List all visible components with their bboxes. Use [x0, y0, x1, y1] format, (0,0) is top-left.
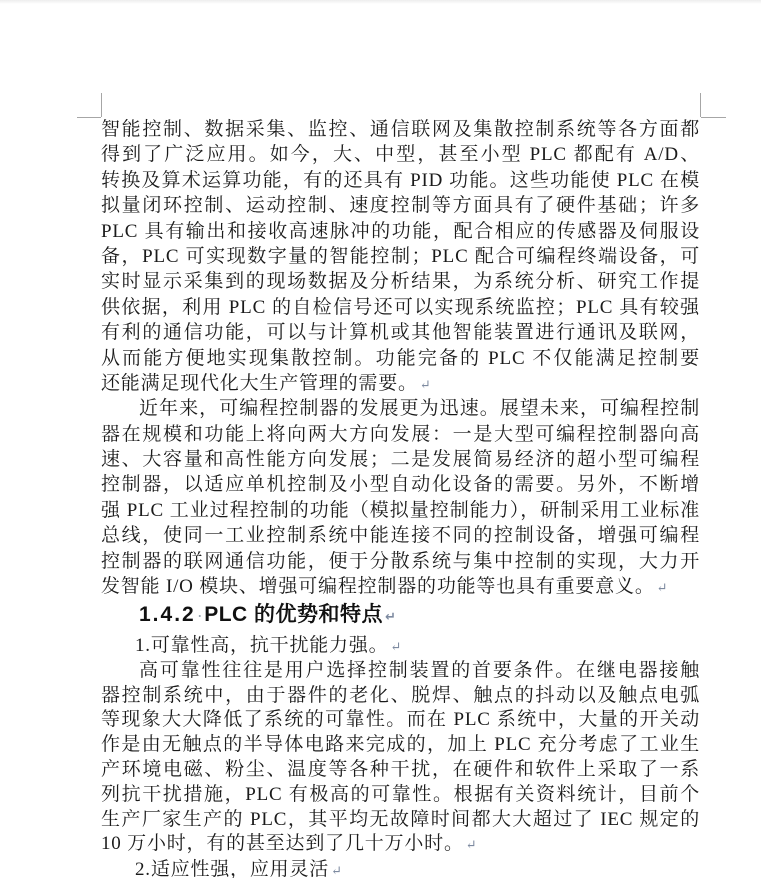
text-line: 发智能 I/O 模块、增强可编程控制器的功能等也具有重要意义。↵ — [101, 574, 700, 599]
text-line: 从而能方便地实现集散控制。功能完备的 PLC 不仅能满足控制要求， — [101, 346, 700, 371]
body-paragraph-1: 智能控制、数据采集、监控、通信联网及集散控制系统等各方面都 得到了广泛应用。如今… — [101, 117, 700, 396]
text-line: 转换及算术运算功能，有的还具有 PID 功能。这些功能使 PLC 在模 — [101, 168, 700, 193]
text-line-content: 发智能 I/O 模块、增强可编程控制器的功能等也具有重要意义。 — [101, 576, 655, 597]
text-line: 速、大容量和高性能方向发展；二是发展简易经济的超小型可编程 — [101, 447, 700, 472]
text-line: 智能控制、数据采集、监控、通信联网及集散控制系统等各方面都 — [101, 117, 700, 142]
paragraph-mark: ↵ — [464, 837, 477, 852]
text-line: 备，PLC 可实现数字量的智能控制；PLC 配合可编程终端设备，可 — [101, 244, 700, 269]
text-line: 控制器，以适应单机控制及小型自动化设备的需要。另外，不断增 — [101, 472, 700, 497]
heading-title: PLC 的优势和特点 — [204, 603, 383, 626]
subheading-2: 2.适应性强，应用灵活↵ — [101, 857, 700, 878]
text-line: 有利的通信功能，可以与计算机或其他智能装置进行通讯及联网， — [101, 320, 700, 345]
page-top-edge — [0, 0, 761, 4]
text-line: 供依据，利用 PLC 的自检信号还可以实现系统监控；PLC 具有较强 — [101, 295, 700, 320]
document-page: 智能控制、数据采集、监控、通信联网及集散控制系统等各方面都 得到了广泛应用。如今… — [0, 0, 761, 878]
text-line-content: 10 万小时，有的甚至达到了几十万小时。 — [101, 833, 464, 854]
paragraph-mark: ↵ — [655, 580, 668, 595]
text-line: 作是由无触点的半导体电路来完成的，加上 PLC 充分考虑了工业生 — [101, 733, 700, 758]
text-line: 拟量闭环控制、运动控制、速度控制等方面具有了硬件基础；许多 — [101, 193, 700, 218]
text-line-content: 还能满足现代化大生产管理的需要。 — [101, 373, 418, 394]
text-boundary-mark-top-left — [101, 93, 102, 117]
text-line: 得到了广泛应用。如今，大、中型，甚至小型 PLC 都配有 A/D、D/A — [101, 142, 700, 167]
text-boundary-mark-top-right — [701, 117, 726, 118]
subheading-1: 1.可靠性高，抗干扰能力强。↵ — [101, 633, 700, 658]
text-boundary-mark-top-right — [700, 93, 701, 117]
text-line: 还能满足现代化大生产管理的需要。↵ — [101, 371, 700, 396]
space-formatting-mark: · — [196, 605, 205, 625]
paragraph-mark: ↵ — [329, 863, 342, 878]
paragraph-mark: ↵ — [418, 377, 431, 392]
paragraph-mark: ↵ — [388, 639, 401, 654]
text-line: 器控制系统中，由于器件的老化、脱焊、触点的抖动以及触点电弧 — [101, 684, 700, 709]
heading-number: 1.4.2 — [139, 603, 196, 626]
text-line: 实时显示采集到的现场数据及分析结果，为系统分析、研究工作提 — [101, 269, 700, 294]
text-line: 总线，使同一工业控制系统中能连接不同的控制设备，增强可编程 — [101, 523, 700, 548]
text-boundary-mark-top-left — [77, 117, 101, 118]
paragraph-mark: ↵ — [383, 609, 396, 624]
text-line: 强 PLC 工业过程控制的功能（模拟量控制能力），研制采用工业标准 — [101, 498, 700, 523]
subheading-text: 1.可靠性高，抗干扰能力强。 — [135, 635, 388, 656]
text-line: 10 万小时，有的甚至达到了几十万小时。↵ — [101, 832, 700, 857]
text-line: 产环境电磁、粉尘、温度等各种干扰，在硬件和软件上采取了一系 — [101, 758, 700, 783]
text-line: 生产厂家生产的 PLC，其平均无故障时间都大大超过了 IEC 规定的 — [101, 808, 700, 833]
text-line: 近年来，可编程控制器的发展更为迅速。展望未来，可编程控制 — [101, 396, 700, 421]
text-line: PLC 具有输出和接收高速脉冲的功能，配合相应的传感器及伺服设 — [101, 219, 700, 244]
section-heading: 1.4.2·PLC 的优势和特点↵ — [101, 603, 700, 627]
text-line: 等现象大大降低了系统的可靠性。而在 PLC 系统中，大量的开关动 — [101, 708, 700, 733]
text-line: 列抗干扰措施，PLC 有极高的可靠性。根据有关资料统计，目前个 — [101, 783, 700, 808]
body-paragraph-2: 近年来，可编程控制器的发展更为迅速。展望未来，可编程控制 器在规模和功能上将向两… — [101, 396, 700, 599]
text-line: 控制器的联网通信功能，便于分散系统与集中控制的实现，大力开 — [101, 549, 700, 574]
subheading-text: 2.适应性强，应用灵活 — [135, 859, 329, 878]
body-paragraph-3: 高可靠性往往是用户选择控制装置的首要条件。在继电器接触 器控制系统中，由于器件的… — [101, 659, 700, 857]
text-line: 高可靠性往往是用户选择控制装置的首要条件。在继电器接触 — [101, 659, 700, 684]
text-line: 器在规模和功能上将向两大方向发展：一是大型可编程控制器向高 — [101, 422, 700, 447]
document-text-area[interactable]: 智能控制、数据采集、监控、通信联网及集散控制系统等各方面都 得到了广泛应用。如今… — [101, 117, 700, 878]
